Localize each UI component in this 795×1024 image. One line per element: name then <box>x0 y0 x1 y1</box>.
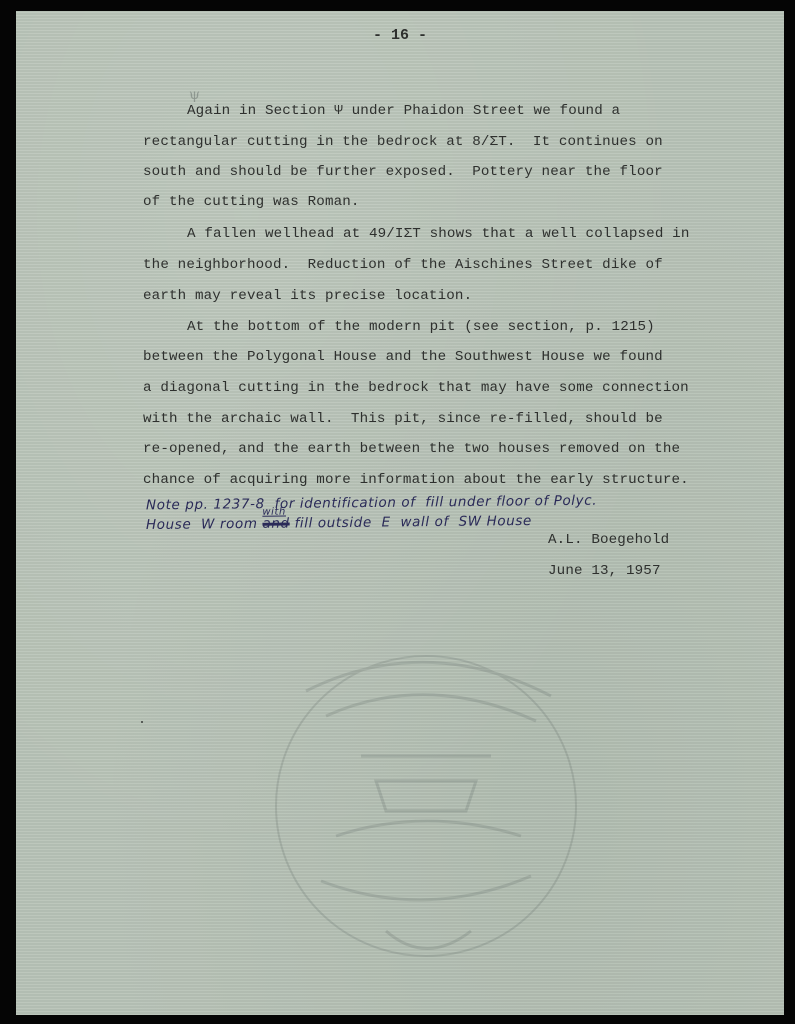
body-line-9: between the Polygonal House and the Sout… <box>143 350 663 364</box>
handwritten-note-line-2: House W room andwith fill outside E wall… <box>146 515 532 533</box>
ink-speck <box>141 721 143 723</box>
handwritten-correction: andwith <box>262 518 289 532</box>
body-line-13: chance of acquiring more information abo… <box>143 473 689 487</box>
body-line-2: rectangular cutting in the bedrock at 8/… <box>143 135 663 149</box>
faint-stamp-bleedthrough <box>266 621 586 981</box>
body-line-10: a diagonal cutting in the bedrock that m… <box>143 381 689 395</box>
signature-name: A.L. Boegehold <box>548 533 669 547</box>
body-line-1: Again in Section Ψ under Phaidon Street … <box>187 104 620 118</box>
handwritten-note-line-1: Note pp. 1237-8 for identification of fi… <box>146 495 597 513</box>
page-number: - 16 - <box>16 27 784 44</box>
body-line-12: re-opened, and the earth between the two… <box>143 442 680 456</box>
handwritten-note-line-2-start: House W room <box>146 516 263 533</box>
body-line-5: A fallen wellhead at 49/IΣT shows that a… <box>187 227 690 241</box>
body-line-4: of the cutting was Roman. <box>143 195 360 209</box>
stamp-icon <box>266 621 586 981</box>
struck-word: and <box>262 516 289 532</box>
handwritten-note-line-2-end: fill outside E wall of SW House <box>290 513 532 532</box>
inserted-word: with <box>262 508 286 518</box>
handwritten-psi-mark: ψ <box>189 87 200 103</box>
body-line-3: south and should be further exposed. Pot… <box>143 165 663 179</box>
signature-date: June 13, 1957 <box>548 564 661 578</box>
body-line-8: At the bottom of the modern pit (see sec… <box>187 320 655 334</box>
body-line-11: with the archaic wall. This pit, since r… <box>143 412 663 426</box>
body-line-6: the neighborhood. Reduction of the Aisch… <box>143 258 663 272</box>
body-line-7: earth may reveal its precise location. <box>143 289 472 303</box>
document-page: - 16 - ψ Again in Section Ψ under Phaido… <box>16 11 784 1015</box>
